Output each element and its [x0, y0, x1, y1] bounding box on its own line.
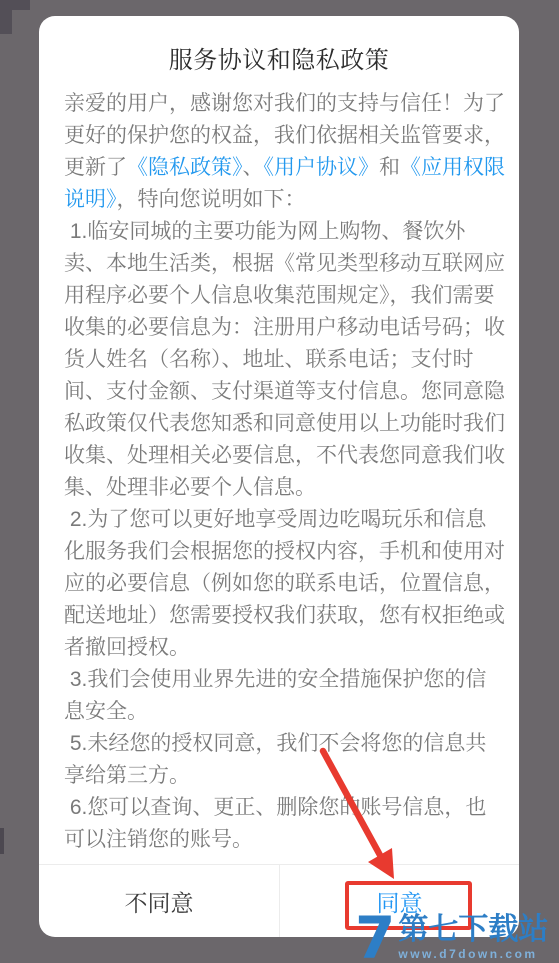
screen-edge-artifact: [0, 828, 4, 854]
policy-clause-6: 6.您可以查询、更正、删除您的账号信息，也可以注销您的账号。: [64, 792, 505, 856]
privacy-policy-dialog: 服务协议和隐私政策 亲爱的用户，感谢您对我们的支持与信任！为了更好的保护您的权益…: [39, 16, 519, 937]
policy-intro-paragraph: 亲爱的用户，感谢您对我们的支持与信任！为了更好的保护您的权益，我们依据相关监管要…: [64, 88, 505, 216]
agree-button[interactable]: 同意: [279, 865, 519, 937]
intro-conjunction: 和: [379, 156, 400, 179]
privacy-policy-link[interactable]: 《隐私政策》: [127, 156, 243, 179]
policy-clause-3: 3.我们会使用业界先进的安全措施保护您的信息安全。: [64, 664, 505, 728]
user-agreement-link[interactable]: 《用户协议》: [264, 156, 380, 179]
watermark-site-url: www.d7down.com: [398, 947, 548, 961]
disagree-button[interactable]: 不同意: [39, 865, 279, 937]
dialog-title: 服务协议和隐私政策: [39, 40, 519, 75]
policy-clause-1: 1.临安同城的主要功能为网上购物、餐饮外卖、本地生活类，根据《常见类型移动互联网…: [64, 216, 505, 504]
screen-edge-artifact: [0, 0, 30, 10]
intro-separator: 、: [243, 156, 264, 179]
policy-clause-5: 5.未经您的授权同意，我们不会将您的信息共享给第三方。: [64, 728, 505, 792]
app-screen: 服务协议和隐私政策 亲爱的用户，感谢您对我们的支持与信任！为了更好的保护您的权益…: [0, 0, 559, 963]
policy-clause-2: 2.为了您可以更好地享受周边吃喝玩乐和信息化服务我们会根据您的授权内容，手机和使…: [64, 504, 505, 664]
intro-closing: ，特向您说明如下：: [117, 188, 306, 211]
dialog-body-text: 亲爱的用户，感谢您对我们的支持与信任！为了更好的保护您的权益，我们依据相关监管要…: [64, 88, 505, 856]
dialog-footer: 不同意 同意: [39, 864, 519, 937]
